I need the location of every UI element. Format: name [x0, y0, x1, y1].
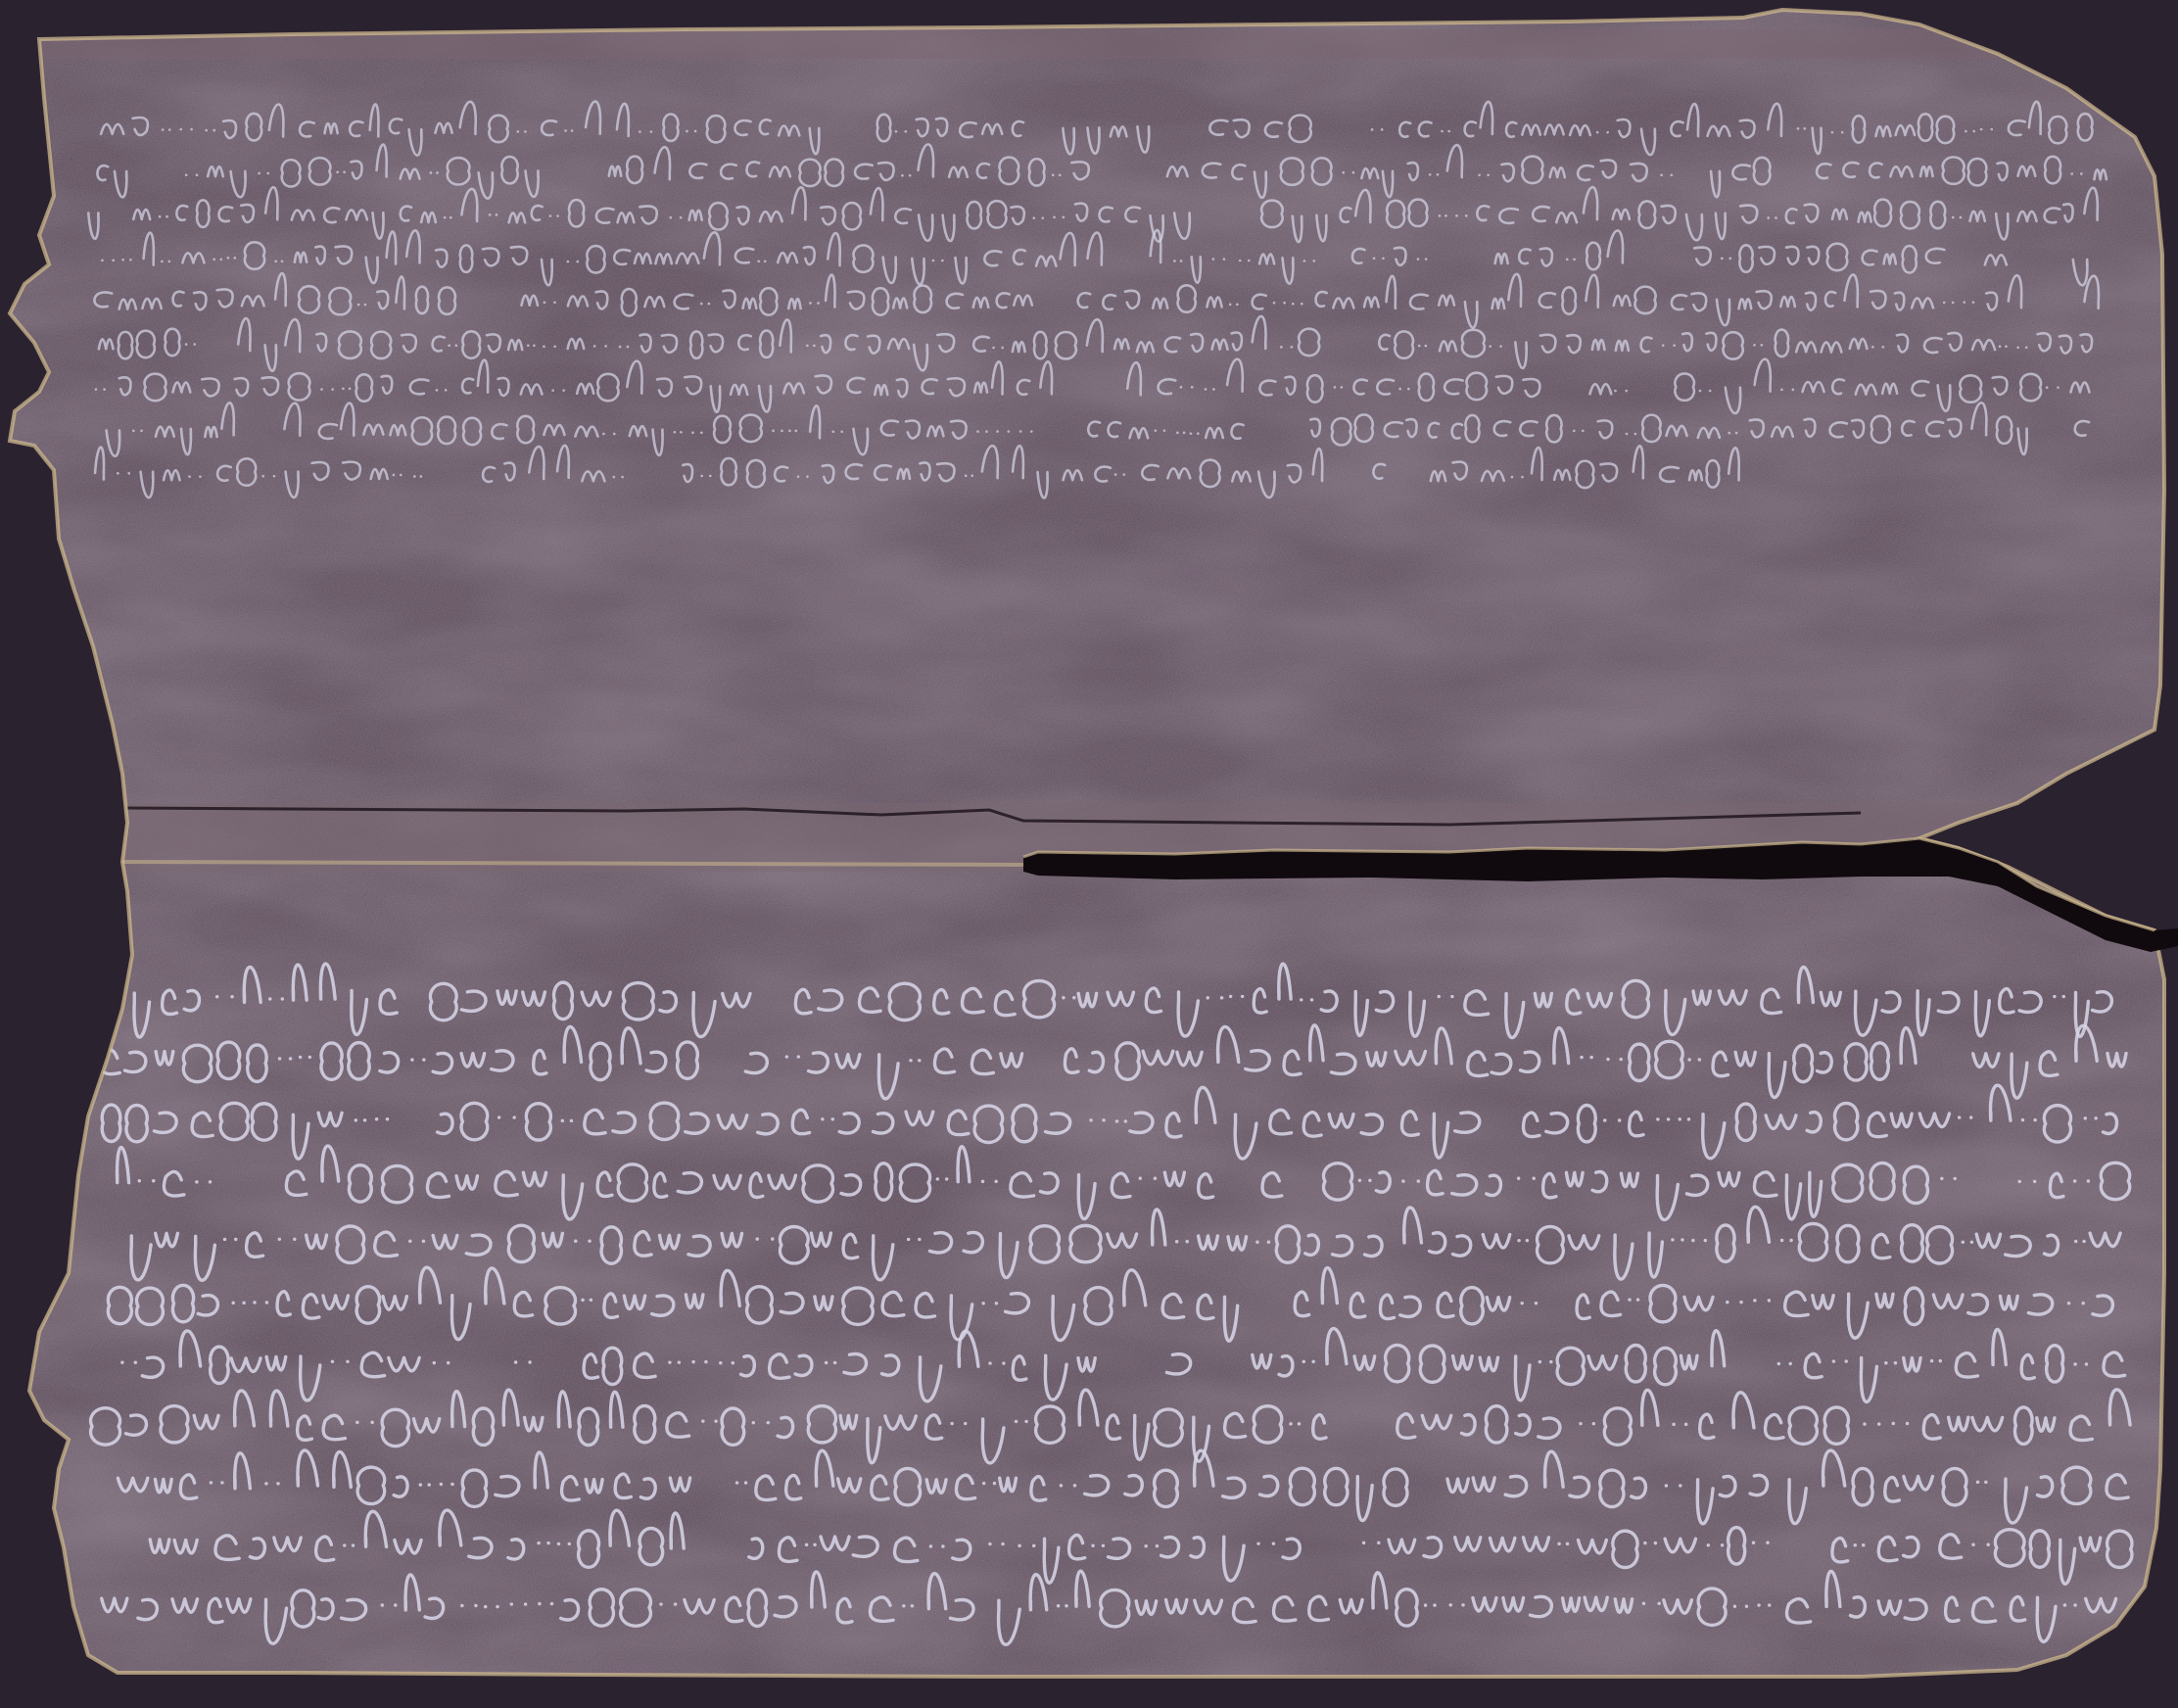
- manuscript-photo: [0, 0, 2178, 1708]
- manuscript-artwork: [0, 0, 2178, 1708]
